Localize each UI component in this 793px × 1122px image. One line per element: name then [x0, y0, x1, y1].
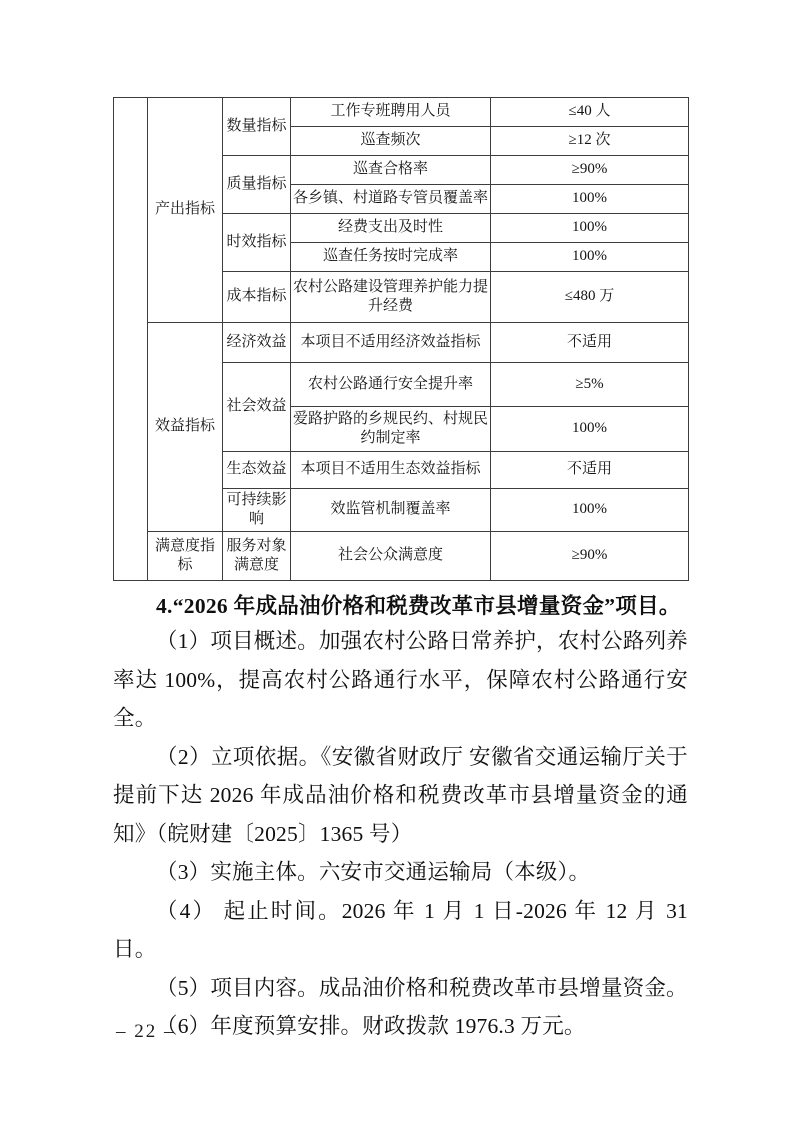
value-cell: 不适用 — [491, 323, 689, 363]
category-cell-satisfaction: 满意度指标 — [148, 532, 223, 581]
value-cell: 100% — [491, 489, 689, 532]
value-cell: ≤40 人 — [491, 98, 689, 127]
paragraph-project-content: （5）项目内容。成品油价格和税费改革市县增量资金。 — [113, 969, 688, 1008]
value-cell: ≥90% — [491, 532, 689, 581]
value-cell: 100% — [491, 214, 689, 243]
paragraph-time-period: （4） 起止时间。2026 年 1 月 1 日-2026 年 12 月 31 日… — [113, 892, 688, 969]
value-cell: 100% — [491, 243, 689, 272]
value-cell: 不适用 — [491, 452, 689, 489]
indicator-cell: 本项目不适用经济效益指标 — [291, 323, 491, 363]
indicator-cell: 效监管机制覆盖率 — [291, 489, 491, 532]
indicator-cell: 巡查频次 — [291, 127, 491, 156]
table-row: 效益指标 经济效益 本项目不适用经济效益指标 不适用 — [114, 323, 689, 363]
value-cell: ≥5% — [491, 363, 689, 407]
subcategory-cell-ecological: 生态效益 — [223, 452, 291, 489]
indicator-cell: 农村公路通行安全提升率 — [291, 363, 491, 407]
category-cell-output: 产出指标 — [148, 98, 223, 323]
subcategory-cell-quality: 质量指标 — [223, 156, 291, 214]
value-cell: ≥90% — [491, 156, 689, 185]
indicator-cell: 巡查合格率 — [291, 156, 491, 185]
subcategory-cell-sustainability: 可持续影响 — [223, 489, 291, 532]
table-row: 产出指标 数量指标 工作专班聘用人员 ≤40 人 — [114, 98, 689, 127]
indicator-cell: 社会公众满意度 — [291, 532, 491, 581]
document-page: 产出指标 数量指标 工作专班聘用人员 ≤40 人 巡查频次 ≥12 次 质量指标… — [0, 0, 793, 1122]
page-number: – 22 – — [116, 1021, 176, 1043]
value-cell: ≥12 次 — [491, 127, 689, 156]
value-cell: ≤480 万 — [491, 272, 689, 323]
indicator-cell: 经费支出及时性 — [291, 214, 491, 243]
table-empty-column-cell — [114, 98, 148, 581]
subcategory-cell-economic: 经济效益 — [223, 323, 291, 363]
indicator-cell: 工作专班聘用人员 — [291, 98, 491, 127]
paragraph-annual-budget: （6）年度预算安排。财政拨款 1976.3 万元。 — [113, 1007, 688, 1046]
section-heading: 4.“2026 年成品油价格和税费改革市县增量资金”项目。 — [113, 591, 688, 622]
paragraph-project-overview: （1）项目概述。加强农村公路日常养护，农村公路列养率达 100%，提高农村公路通… — [113, 622, 688, 738]
subcategory-cell-service-satisfaction: 服务对象满意度 — [223, 532, 291, 581]
indicator-cell: 爱路护路的乡规民约、村规民约制定率 — [291, 407, 491, 452]
indicator-cell: 本项目不适用生态效益指标 — [291, 452, 491, 489]
paragraph-implementing-body: （3）实施主体。六安市交通运输局（本级）。 — [113, 853, 688, 892]
performance-indicator-table: 产出指标 数量指标 工作专班聘用人员 ≤40 人 巡查频次 ≥12 次 质量指标… — [113, 97, 689, 581]
subcategory-cell-timeliness: 时效指标 — [223, 214, 291, 272]
indicator-cell: 巡查任务按时完成率 — [291, 243, 491, 272]
indicator-cell: 各乡镇、村道路专管员覆盖率 — [291, 185, 491, 214]
category-cell-benefit: 效益指标 — [148, 323, 223, 532]
subcategory-cell-quantity: 数量指标 — [223, 98, 291, 156]
paragraph-approval-basis: （2）立项依据。《安徽省财政厅 安徽省交通运输厅关于提前下达 2026 年成品油… — [113, 738, 688, 854]
value-cell: 100% — [491, 185, 689, 214]
table-row: 满意度指标 服务对象满意度 社会公众满意度 ≥90% — [114, 532, 689, 581]
subcategory-cell-cost: 成本指标 — [223, 272, 291, 323]
indicator-cell: 农村公路建设管理养护能力提升经费 — [291, 272, 491, 323]
subcategory-cell-social: 社会效益 — [223, 363, 291, 452]
value-cell: 100% — [491, 407, 689, 452]
page-content: 产出指标 数量指标 工作专班聘用人员 ≤40 人 巡查频次 ≥12 次 质量指标… — [113, 97, 688, 1046]
